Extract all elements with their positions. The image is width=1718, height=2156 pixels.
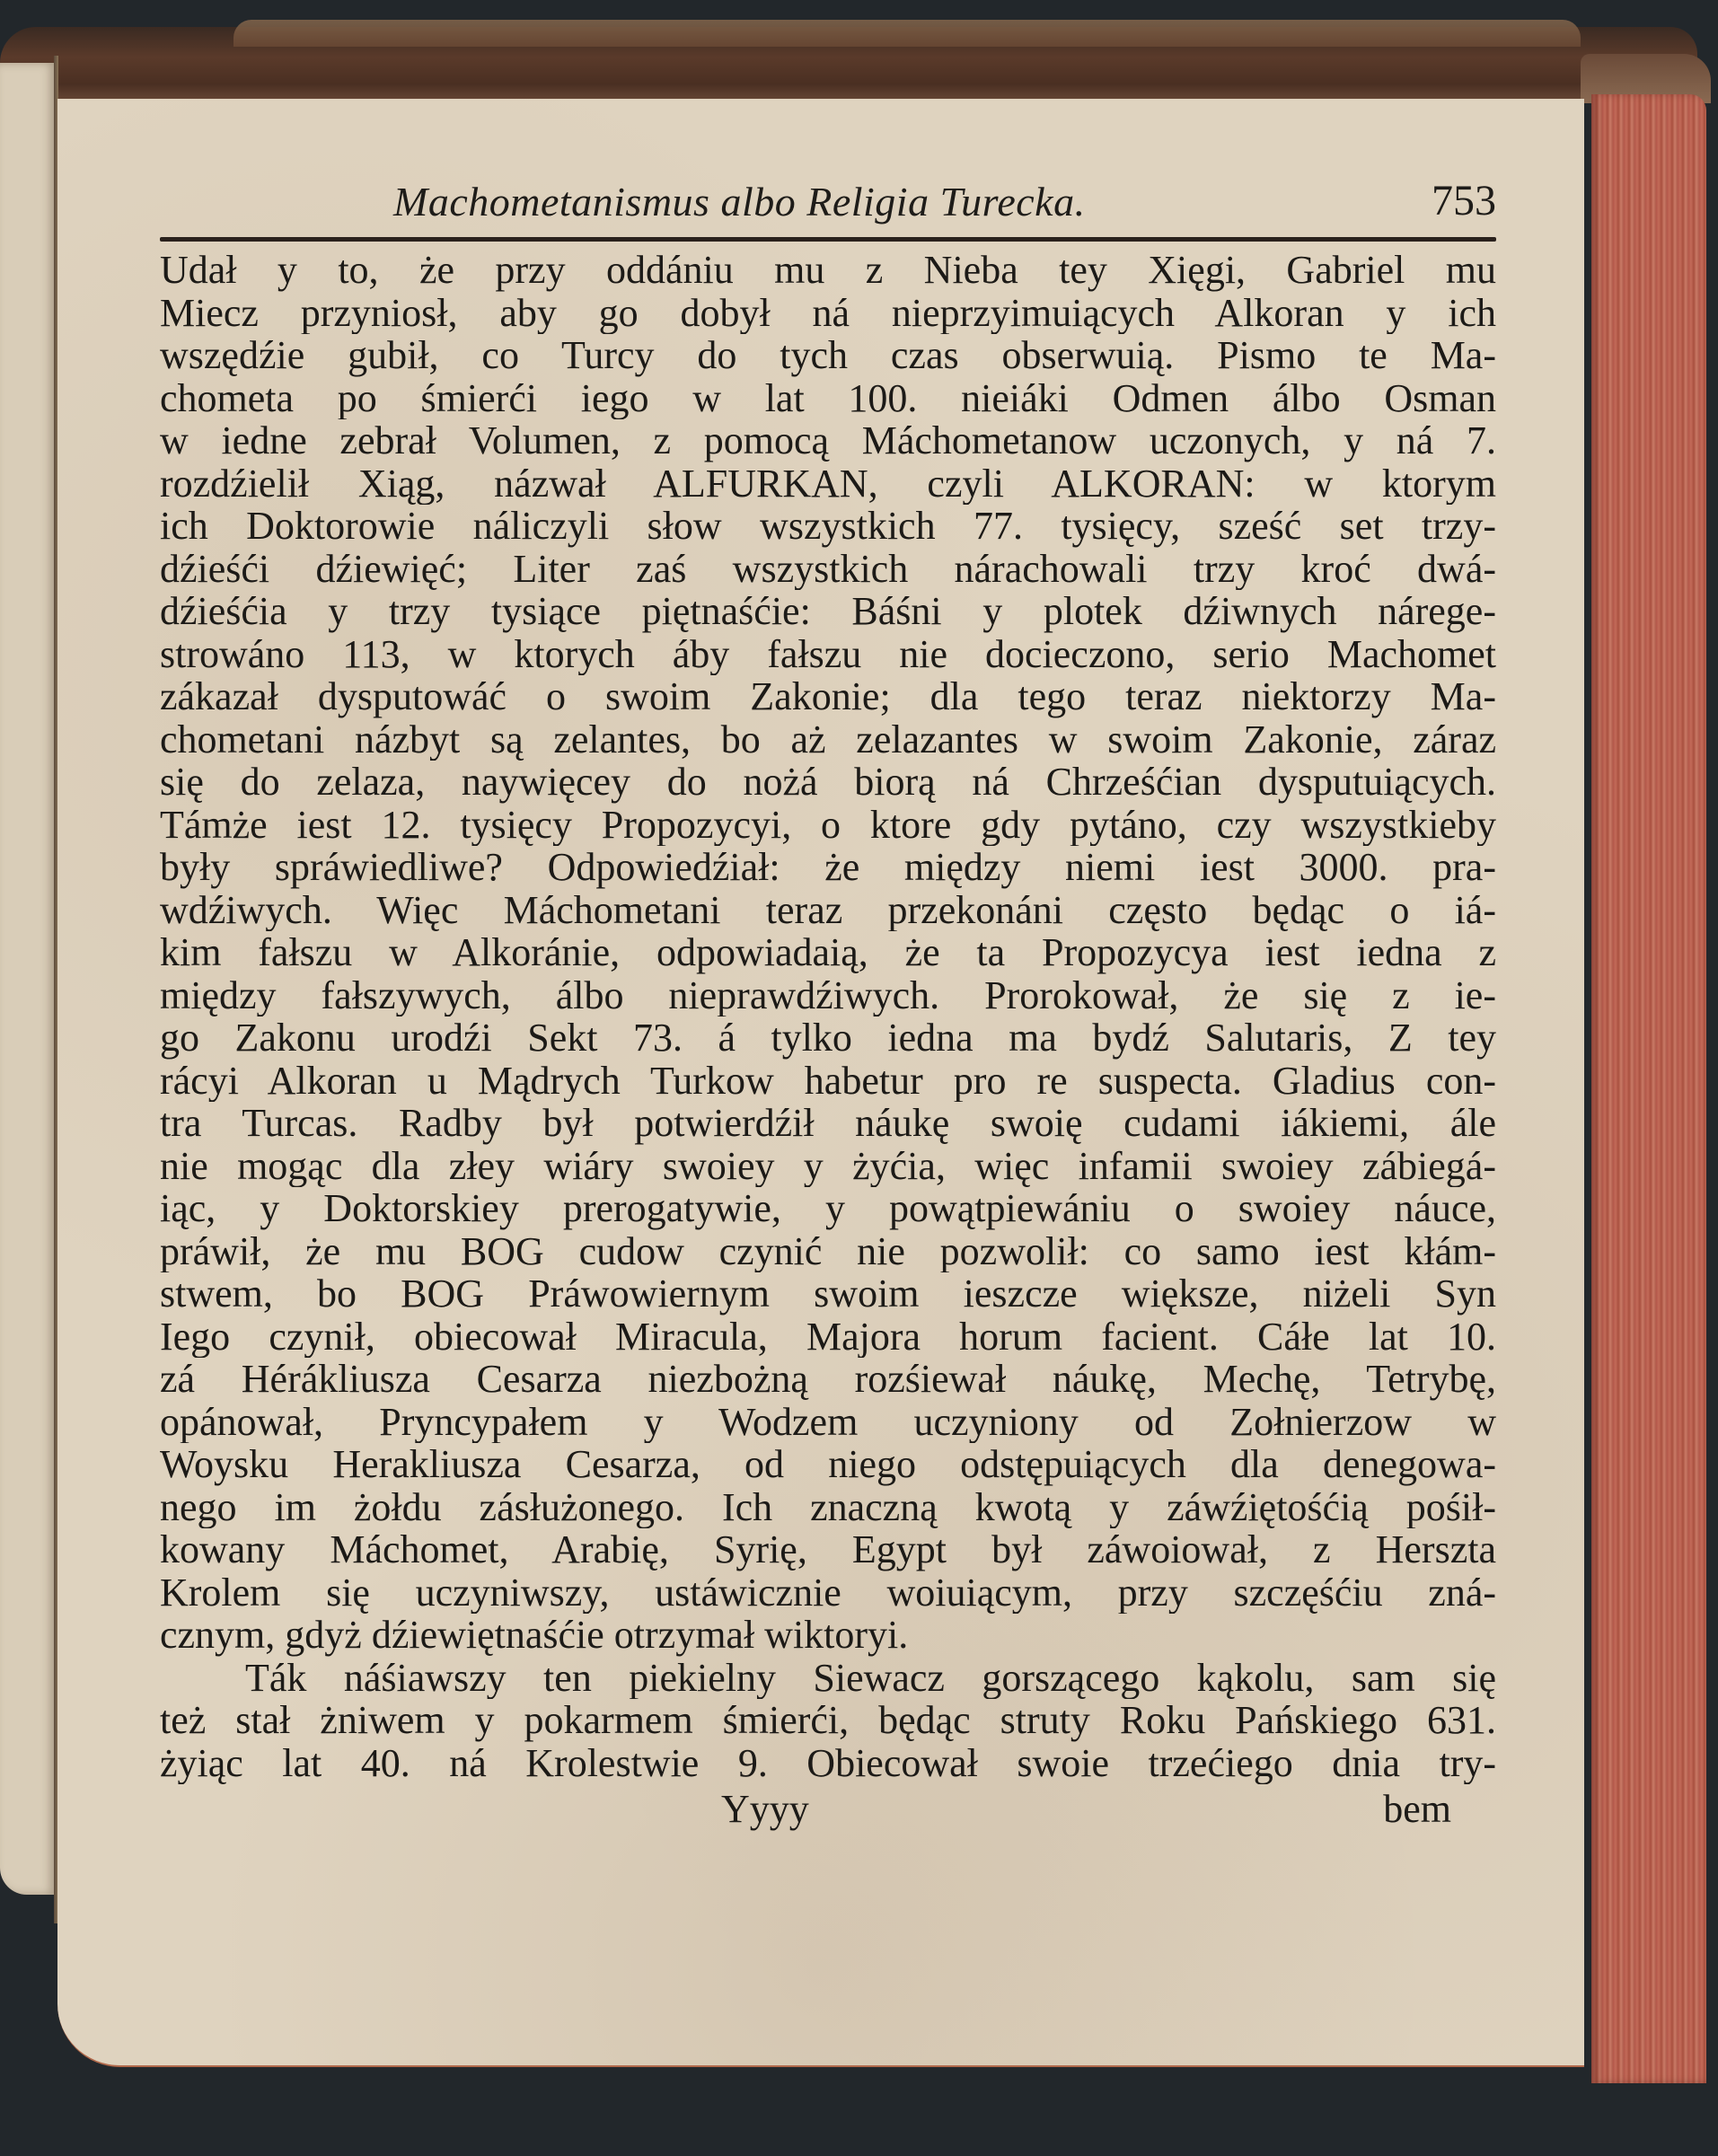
facing-page-sliver bbox=[0, 63, 56, 1895]
text-line: rozdźielił Xiąg, názwał ALFURKAN, czyli … bbox=[160, 462, 1496, 506]
text-line: były spráwiedliwe? Odpowiedźiał: że międ… bbox=[160, 846, 1496, 889]
signature-mark: Yyyy bbox=[721, 1786, 809, 1832]
body-text: Udał y to, że przy oddániu mu z Nieba te… bbox=[160, 249, 1496, 1784]
text-line: kowany Máchomet, Arabię, Syrię, Egypt by… bbox=[160, 1528, 1496, 1571]
text-line: Iego czynił, obiecował Miracula, Majora … bbox=[160, 1316, 1496, 1359]
page-number: 753 bbox=[1432, 176, 1496, 225]
text-line: rácyi Alkoran u Mądrych Turkow habetur p… bbox=[160, 1060, 1496, 1103]
text-line: nego im żołdu zásłużonego. Ich znaczną k… bbox=[160, 1486, 1496, 1529]
book-cover-highlight bbox=[233, 20, 1581, 47]
scan-background: Machometanismus albo Religia Turecka. 75… bbox=[0, 0, 1718, 2156]
text-line: iąc, y Doktorskiey prerogatywie, y powąt… bbox=[160, 1187, 1496, 1230]
text-line: go Zakonu urodźi Sekt 73. á tylko iedna … bbox=[160, 1016, 1496, 1060]
text-line: też stał żniwem y pokarmem śmierći, będą… bbox=[160, 1699, 1496, 1742]
text-line: chometa po śmierći iego w lat 100. nieiá… bbox=[160, 377, 1496, 420]
header-rule bbox=[160, 237, 1496, 242]
text-line: Támże iest 12. tysięcy Propozycyi, o kto… bbox=[160, 804, 1496, 847]
text-line: zákazał dysputowáć o swoim Zakonie; dla … bbox=[160, 675, 1496, 718]
text-line: Krolem się uczyniwszy, ustáwicznie woiui… bbox=[160, 1571, 1496, 1615]
text-block: Machometanismus albo Religia Turecka. 75… bbox=[160, 172, 1496, 1831]
text-line: nie mogąc dla złey wiáry swoiey y żyćia,… bbox=[160, 1145, 1496, 1188]
text-line: práwił, że mu BOG cudow czynić nie pozwo… bbox=[160, 1230, 1496, 1273]
text-line: tra Turcas. Radby był potwierdźił náukę … bbox=[160, 1102, 1496, 1145]
text-line: Miecz przyniosł, aby go dobył ná nieprzy… bbox=[160, 292, 1496, 335]
text-line: strowáno 113, w ktorych áby fałszu nie d… bbox=[160, 633, 1496, 676]
text-line: zá Hérákliusza Cesarza niezbożną rozśiew… bbox=[160, 1358, 1496, 1401]
text-line: między fałszywych, álbo nieprawdźiwych. … bbox=[160, 974, 1496, 1017]
text-line: cznym, gdyż dźiewiętnaśćie otrzymał wikt… bbox=[160, 1614, 1496, 1657]
red-fore-edge bbox=[1591, 94, 1706, 2083]
text-line: Ták náśiawszy ten piekielny Siewacz gors… bbox=[160, 1657, 1496, 1700]
page-footer: Yyyy bem bbox=[160, 1786, 1496, 1831]
text-line: chometani názbyt są zelantes, bo aż zela… bbox=[160, 718, 1496, 761]
text-line: żyiąc lat 40. ná Krolestwie 9. Obiecował… bbox=[160, 1742, 1496, 1785]
text-line: dźieśći dźiewięć; Liter zaś wszystkich n… bbox=[160, 548, 1496, 591]
text-line: wdźiwych. Więc Máchometani teraz przekon… bbox=[160, 889, 1496, 932]
running-title: Machometanismus albo Religia Turecka. bbox=[393, 178, 1086, 225]
running-head: Machometanismus albo Religia Turecka. 75… bbox=[160, 172, 1496, 235]
text-line: ich Doktorowie náliczyli słow wszystkich… bbox=[160, 505, 1496, 548]
text-line: Udał y to, że przy oddániu mu z Nieba te… bbox=[160, 249, 1496, 292]
text-line: Woysku Herakliusza Cesarza, od niego ods… bbox=[160, 1443, 1496, 1486]
text-line: opánował, Pryncypałem y Wodzem uczyniony… bbox=[160, 1401, 1496, 1444]
text-line: wszędźie gubił, co Turcy do tych czas ob… bbox=[160, 334, 1496, 377]
text-line: kim fałszu w Alkoránie, odpowiadaią, że … bbox=[160, 931, 1496, 974]
text-line: dźieśćia y trzy tysiące piętnaśćie: Báśn… bbox=[160, 590, 1496, 633]
catchword: bem bbox=[1383, 1786, 1451, 1832]
text-line: stwem, bo BOG Práwowiernym swoim ieszcze… bbox=[160, 1272, 1496, 1316]
text-line: w iedne zebrał Volumen, z pomocą Máchome… bbox=[160, 419, 1496, 462]
text-line: się do zelaza, naywięcey do nożá biorą n… bbox=[160, 761, 1496, 804]
